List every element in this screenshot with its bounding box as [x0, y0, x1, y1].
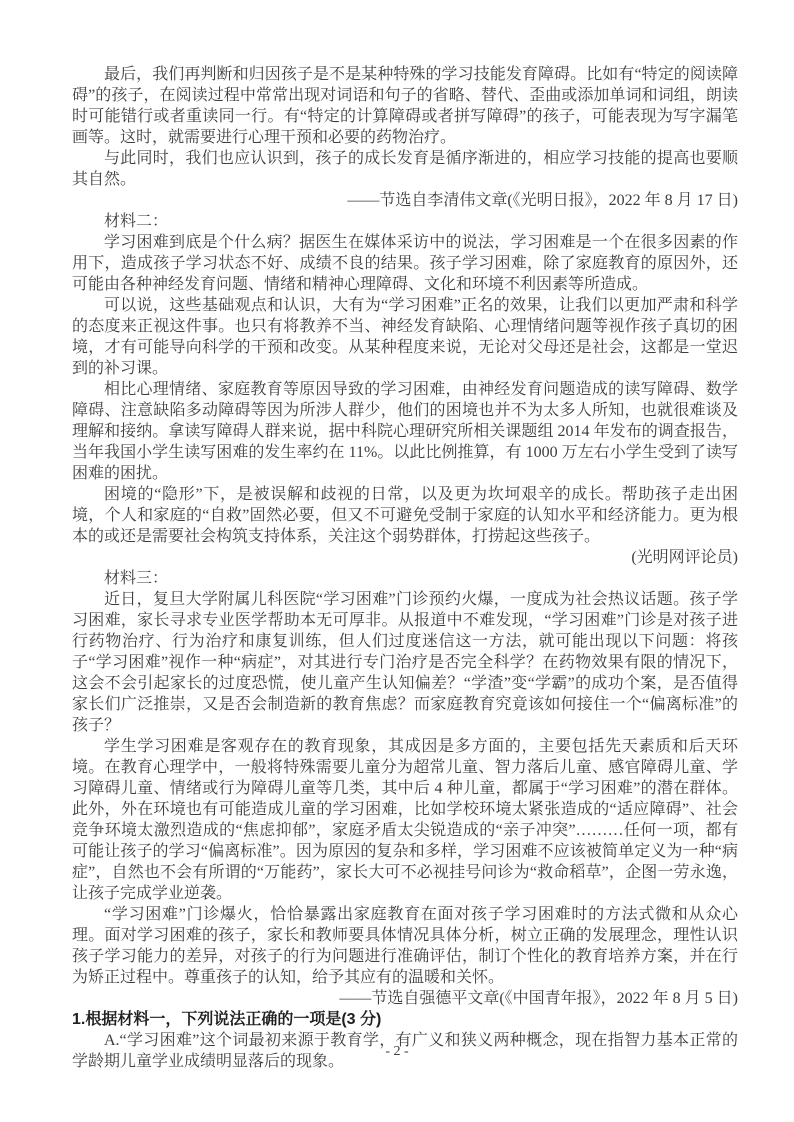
material-three-citation: ——节选自强德平文章(《中国青年报》，2022 年 8 月 5 日) [72, 988, 738, 1009]
material-three-paragraph: “学习困难”门诊爆火，恰恰暴露出家庭教育在面对孩子学习困难时的方法式微和从众心理… [72, 904, 738, 988]
material-two-citation: (光明网评论员) [72, 547, 738, 568]
material-two-paragraph: 困境的“隐形”下，是被误解和歧视的日常，以及更为坎坷艰辛的成长。帮助孩子走出困境… [72, 484, 738, 547]
material-one-citation: ——节选自李清伟文章(《光明日报》，2022 年 8 月 17 日) [72, 190, 738, 211]
text-block: 最后，我们再判断和归因孩子是不是某种特殊的学习技能发育障碍。比如有“特定的阅读障… [72, 64, 738, 1072]
material-two-paragraph: 相比心理情绪、家庭教育等原因导致的学习困难，由神经发育问题造成的读写障碍、数学障… [72, 379, 738, 484]
question-1-stem: 1.根据材料一，下列说法正确的一项是(3 分) [72, 1009, 738, 1030]
material-one-paragraph: 与此同时，我们也应认识到，孩子的成长发育是循序渐进的，相应学习技能的提高也要顺其… [72, 148, 738, 190]
material-two-paragraph: 学习困难到底是个什么病？据医生在媒体采访中的说法，学习困难是一个在很多因素的作用… [72, 232, 738, 295]
page-number: - 2 - [0, 1044, 794, 1060]
material-one-paragraph: 最后，我们再判断和归因孩子是不是某种特殊的学习技能发育障碍。比如有“特定的阅读障… [72, 64, 738, 148]
exam-paper-page: 最后，我们再判断和归因孩子是不是某种特殊的学习技能发育障碍。比如有“特定的阅读障… [0, 0, 794, 1122]
material-two-paragraph: 可以说，这些基础观点和认识，大有为“学习困难”正名的效果，让我们以更加严肃和科学… [72, 295, 738, 379]
material-two-label: 材料二： [72, 211, 738, 232]
material-three-paragraph: 近日，复旦大学附属儿科医院“学习困难”门诊预约火爆，一度成为社会热议话题。孩子学… [72, 589, 738, 736]
material-three-label: 材料三： [72, 568, 738, 589]
material-three-paragraph: 学生学习困难是客观存在的教育现象，其成因是多方面的，主要包括先天素质和后天环境。… [72, 736, 738, 904]
